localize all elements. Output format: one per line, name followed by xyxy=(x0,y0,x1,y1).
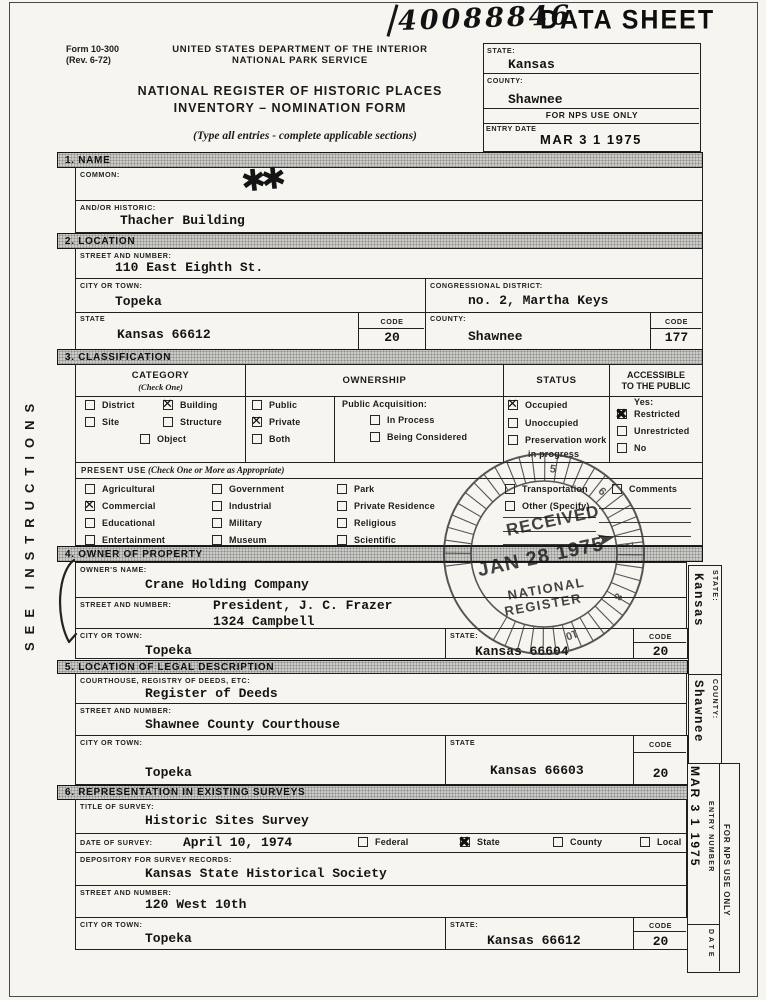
divider xyxy=(719,764,720,971)
checkbox-label: Industrial xyxy=(229,501,272,511)
religious-checkbox xyxy=(337,518,347,528)
checkbox-religious: Religious xyxy=(337,518,396,528)
section-5-bar: 5. LOCATION OF LEGAL DESCRIPTION xyxy=(57,660,688,674)
category-header-note: (Check One) xyxy=(76,382,245,392)
entertainment-checkbox xyxy=(85,535,95,545)
state-value: Kansas 66612 xyxy=(117,327,211,342)
form-number-line2: (Rev. 6-72) xyxy=(66,55,119,66)
survey-title-label: TITLE OF SURVEY: xyxy=(80,802,154,811)
type-note: (Type all entries - complete applicable … xyxy=(130,130,480,142)
owner-code-cell: CODE 20 xyxy=(633,628,688,659)
checkbox-district: District xyxy=(85,400,135,410)
state-code-cell: CODE 20 xyxy=(358,312,426,350)
county-value: Shawnee xyxy=(468,329,523,344)
unoccupied-checkbox xyxy=(508,418,518,428)
nps-use-only-label: FOR NPS USE ONLY xyxy=(483,110,701,120)
form-number: Form 10-300 (Rev. 6-72) xyxy=(66,44,119,65)
checkbox-label: County xyxy=(570,837,602,847)
checkbox-label: Building xyxy=(180,400,218,410)
section-4-bar: 4. OWNER OF PROPERTY xyxy=(57,546,703,562)
county-code-cell: CODE 177 xyxy=(650,312,703,350)
checkbox-label: Other (Specify) xyxy=(522,501,590,511)
checkbox-label: Agricultural xyxy=(102,484,155,494)
checkbox-government: Government xyxy=(212,484,284,494)
section-3-bar: 3. CLASSIFICATION xyxy=(57,349,703,365)
private-residence-checkbox xyxy=(337,501,347,511)
legal-state-label: STATE xyxy=(450,738,475,747)
survey-city-label: CITY OR TOWN: xyxy=(80,920,142,929)
owner-state-value: Kansas 66604 xyxy=(475,644,569,659)
checkbox-private-residence: Private Residence xyxy=(337,501,435,511)
code-label: CODE xyxy=(649,632,672,641)
department-line2: NATIONAL PARK SERVICE xyxy=(130,55,470,66)
section-1-bar: 1. NAME xyxy=(57,152,703,168)
ownership-header: OWNERSHIP xyxy=(246,375,503,386)
congressional-district-value: no. 2, Martha Keys xyxy=(468,293,608,308)
checkbox-state-level: State xyxy=(460,837,500,847)
top-state-value: Kansas xyxy=(508,57,555,72)
comments-blank-line xyxy=(599,536,691,537)
other-checkbox xyxy=(505,501,515,511)
checkbox-scientific: Scientific xyxy=(337,535,396,545)
entry-date-label: ENTRY DATE xyxy=(486,124,537,133)
section-6-bar: 6. REPRESENTATION IN EXISTING SURVEYS xyxy=(57,785,688,800)
survey-code-value: 20 xyxy=(653,934,669,949)
checkbox-local-level: Local xyxy=(640,837,682,847)
checkbox-label: Museum xyxy=(229,535,267,545)
federal-checkbox xyxy=(358,837,368,847)
legal-city-label: CITY OR TOWN: xyxy=(80,738,142,747)
checkbox-label: Unrestricted xyxy=(634,426,689,436)
object-checkbox xyxy=(140,434,150,444)
state-label: STATE xyxy=(80,314,105,323)
checkbox-structure: Structure xyxy=(163,417,222,427)
owner-street-value1: President, J. C. Frazer xyxy=(213,598,392,613)
checkbox-label: Entertainment xyxy=(102,535,165,545)
district-checkbox xyxy=(85,400,95,410)
category-header-cell: CATEGORY (Check One) xyxy=(75,364,246,397)
checkbox-label: Government xyxy=(229,484,284,494)
checkbox-unrestricted: Unrestricted xyxy=(617,426,689,436)
educational-checkbox xyxy=(85,518,95,528)
access-header-line1: ACCESSIBLE xyxy=(610,370,702,380)
checkbox-label: Occupied xyxy=(525,400,568,410)
private-checkbox xyxy=(252,417,262,427)
code-label: CODE xyxy=(649,740,672,749)
sidebar-entry-date-stamp: MAR 3 1 1975 xyxy=(688,766,702,867)
checkbox-preservation: Preservation work xyxy=(508,435,606,445)
checkbox-private: Private xyxy=(252,417,300,427)
preservation-wrap-label: in progress xyxy=(528,449,579,459)
checkbox-label: Military xyxy=(229,518,262,528)
checkbox-both: Both xyxy=(252,434,290,444)
military-checkbox xyxy=(212,518,222,528)
being-considered-checkbox xyxy=(370,432,380,442)
local-level-checkbox xyxy=(640,837,650,847)
survey-date-label: DATE OF SURVEY: xyxy=(80,838,153,847)
checkbox-building: Building xyxy=(163,400,218,410)
county-code-value: 177 xyxy=(665,330,688,345)
survey-date-value: April 10, 1974 xyxy=(183,835,292,850)
owner-state-label: STATE: xyxy=(450,631,478,640)
owner-street-label: STREET AND NUMBER: xyxy=(80,600,172,609)
checkbox-label: No xyxy=(634,443,646,453)
checkbox-county-level: County xyxy=(553,837,602,847)
handwritten-asterisks: ✱✱ xyxy=(239,161,283,200)
building-checkbox xyxy=(163,400,173,410)
legal-street-label: STREET AND NUMBER: xyxy=(80,706,172,715)
checkbox-label: Religious xyxy=(354,518,396,528)
checkbox-label: Federal xyxy=(375,837,408,847)
checkbox-park: Park xyxy=(337,484,374,494)
checkbox-label: Transportation xyxy=(522,484,588,494)
owner-code-value: 20 xyxy=(653,644,669,659)
checkbox-label: State xyxy=(477,837,500,847)
checkbox-other: Other (Specify) xyxy=(505,501,590,511)
entry-date-stamp: MAR 3 1 1975 xyxy=(540,132,642,147)
checkbox-site: Site xyxy=(85,417,119,427)
in-process-checkbox xyxy=(370,415,380,425)
county-level-checkbox xyxy=(553,837,563,847)
comments-blank-line xyxy=(599,508,691,509)
present-use-label: PRESENT USE xyxy=(81,466,146,475)
checkbox-being-considered: Being Considered xyxy=(370,432,467,442)
data-sheet-stamp: DATA SHEET xyxy=(540,5,715,36)
government-checkbox xyxy=(212,484,222,494)
code-label: CODE xyxy=(665,317,688,326)
checkbox-label: Comments xyxy=(629,484,677,494)
survey-title-value: Historic Sites Survey xyxy=(145,813,309,828)
top-county-value: Shawnee xyxy=(508,92,563,107)
occupied-checkbox xyxy=(508,400,518,410)
access-yes-label: Yes: xyxy=(634,397,653,407)
checkbox-no: No xyxy=(617,443,646,453)
checkbox-label: Restricted xyxy=(634,409,680,419)
industrial-checkbox xyxy=(212,501,222,511)
checkbox-label: Site xyxy=(102,417,119,427)
owner-city-label: CITY OR TOWN: xyxy=(80,631,142,640)
unrestricted-checkbox xyxy=(617,426,627,436)
ownership-header-cell: OWNERSHIP xyxy=(245,364,504,397)
category-header: CATEGORY xyxy=(76,370,245,381)
county-label: COUNTY: xyxy=(430,314,466,323)
checkbox-label: District xyxy=(102,400,135,410)
site-checkbox xyxy=(85,417,95,427)
top-state-label: STATE: xyxy=(487,46,515,55)
handwritten-bracket xyxy=(50,556,80,651)
sidebar-county-label: COUNTY: xyxy=(711,679,718,719)
checkbox-label: Scientific xyxy=(354,535,396,545)
depository-label: DEPOSITORY FOR SURVEY RECORDS: xyxy=(80,855,232,864)
legal-city-value: Topeka xyxy=(145,765,192,780)
survey-street-label: STREET AND NUMBER: xyxy=(80,888,172,897)
congressional-district-label: CONGRESSIONAL DISTRICT: xyxy=(430,281,543,290)
checkbox-object: Object xyxy=(140,434,186,444)
comments-blank-line xyxy=(599,522,691,523)
checkbox-label: Private xyxy=(269,417,300,427)
street-value: 110 East Eighth St. xyxy=(115,260,263,275)
legal-code-cell: CODE 20 xyxy=(633,735,688,785)
owner-name-label: OWNER'S NAME: xyxy=(80,565,147,574)
checkbox-label: Educational xyxy=(102,518,155,528)
preservation-checkbox xyxy=(508,435,518,445)
access-header-cell: ACCESSIBLE TO THE PUBLIC xyxy=(609,364,703,397)
checkbox-label: Commercial xyxy=(102,501,156,511)
public-checkbox xyxy=(252,400,262,410)
form-title-line1: NATIONAL REGISTER OF HISTORIC PLACES xyxy=(95,84,485,98)
no-checkbox xyxy=(617,443,627,453)
form-title-line2: INVENTORY – NOMINATION FORM xyxy=(95,101,485,115)
other-blank-line xyxy=(503,517,596,518)
street-label: STREET AND NUMBER: xyxy=(80,251,172,260)
commercial-checkbox xyxy=(85,501,95,511)
present-use-note: (Check One or More as Appropriate) xyxy=(148,465,284,475)
checkbox-military: Military xyxy=(212,518,262,528)
checkbox-public: Public xyxy=(252,400,297,410)
depository-value: Kansas State Historical Society xyxy=(145,866,387,881)
checkbox-commercial: Commercial xyxy=(85,501,156,511)
owner-street-value2: 1324 Campbell xyxy=(213,614,314,629)
comments-checkbox xyxy=(612,484,622,494)
common-name-field xyxy=(75,167,703,201)
access-header-line2: TO THE PUBLIC xyxy=(610,381,702,391)
both-checkbox xyxy=(252,434,262,444)
top-county-label: COUNTY: xyxy=(487,76,523,85)
department-line1: UNITED STATES DEPARTMENT OF THE INTERIOR xyxy=(130,44,470,55)
sidebar-nps-use-only-label: FOR NPS USE ONLY xyxy=(722,824,731,916)
survey-state-value: Kansas 66612 xyxy=(487,933,581,948)
legal-state-value: Kansas 66603 xyxy=(490,763,584,778)
city-value: Topeka xyxy=(115,294,162,309)
checkbox-unoccupied: Unoccupied xyxy=(508,418,579,428)
status-header: STATUS xyxy=(504,375,609,386)
checkbox-label: Unoccupied xyxy=(525,418,579,428)
checkbox-industrial: Industrial xyxy=(212,501,272,511)
acquisition-label: Public Acquisition: xyxy=(342,399,427,409)
handwritten-stroke xyxy=(387,4,398,36)
checkbox-agricultural: Agricultural xyxy=(85,484,155,494)
legal-street-value: Shawnee County Courthouse xyxy=(145,717,340,732)
checkbox-museum: Museum xyxy=(212,535,267,545)
legal-code-value: 20 xyxy=(653,766,669,781)
scanned-nomination-form: 40088846 DATA SHEET Form 10-300 (Rev. 6-… xyxy=(0,0,766,1000)
entry-number-label: ENTRY NUMBER xyxy=(707,801,714,873)
checkbox-label: Preservation work xyxy=(525,435,606,445)
checkbox-entertainment: Entertainment xyxy=(85,535,165,545)
divider xyxy=(634,752,686,753)
checkbox-restricted: Restricted xyxy=(617,409,680,419)
checkbox-comments: Comments xyxy=(612,484,677,494)
survey-state-label: STATE: xyxy=(450,920,478,929)
status-header-cell: STATUS xyxy=(503,364,610,397)
state-code-value: 20 xyxy=(384,330,400,345)
checkbox-label: Being Considered xyxy=(387,432,467,442)
checkbox-label: Structure xyxy=(180,417,222,427)
historic-name-value: Thacher Building xyxy=(120,213,245,228)
checkbox-label: Private Residence xyxy=(354,501,435,511)
code-label: CODE xyxy=(381,317,404,326)
code-label: CODE xyxy=(649,921,672,930)
historic-name-label: AND/OR HISTORIC: xyxy=(80,203,156,212)
checkbox-transportation: Transportation xyxy=(505,484,588,494)
sidebar-state-label: STATE: xyxy=(711,570,718,602)
sidebar-county-value: Shawnee xyxy=(691,680,705,743)
state-level-checkbox xyxy=(460,837,470,847)
sidebar-state-value: Kansas xyxy=(691,573,705,627)
checkbox-in-process: In Process xyxy=(370,415,435,425)
owner-city-value: Topeka xyxy=(145,643,192,658)
checkbox-label: In Process xyxy=(387,415,435,425)
see-instructions-label: SEE INSTRUCTIONS xyxy=(22,366,37,651)
checkbox-occupied: Occupied xyxy=(508,400,568,410)
courthouse-value: Register of Deeds xyxy=(145,686,278,701)
section-2-bar: 2. LOCATION xyxy=(57,233,703,249)
checkbox-label: Local xyxy=(657,837,682,847)
checkbox-label: Object xyxy=(157,434,186,444)
restricted-checkbox xyxy=(617,409,627,419)
form-number-line1: Form 10-300 xyxy=(66,44,119,55)
divider xyxy=(688,924,719,925)
checkbox-federal: Federal xyxy=(358,837,408,847)
structure-checkbox xyxy=(163,417,173,427)
park-checkbox xyxy=(337,484,347,494)
other-blank-line xyxy=(503,531,596,532)
checkbox-label: Public xyxy=(269,400,297,410)
divider xyxy=(634,931,686,932)
agricultural-checkbox xyxy=(85,484,95,494)
city-label: CITY OR TOWN: xyxy=(80,281,142,290)
survey-street-value: 120 West 10th xyxy=(145,897,246,912)
checkbox-educational: Educational xyxy=(85,518,155,528)
checkbox-label: Park xyxy=(354,484,374,494)
transportation-checkbox xyxy=(505,484,515,494)
common-name-label: COMMON: xyxy=(80,170,120,179)
courthouse-label: COURTHOUSE, REGISTRY OF DEEDS, ETC: xyxy=(80,676,250,685)
checkbox-label: Both xyxy=(269,434,290,444)
survey-city-value: Topeka xyxy=(145,931,192,946)
divider xyxy=(484,73,699,74)
scientific-checkbox xyxy=(337,535,347,545)
survey-code-cell: CODE 20 xyxy=(633,917,688,950)
museum-checkbox xyxy=(212,535,222,545)
owner-name-value: Crane Holding Company xyxy=(145,577,309,592)
sidebar-date-label: DATE xyxy=(707,929,714,960)
